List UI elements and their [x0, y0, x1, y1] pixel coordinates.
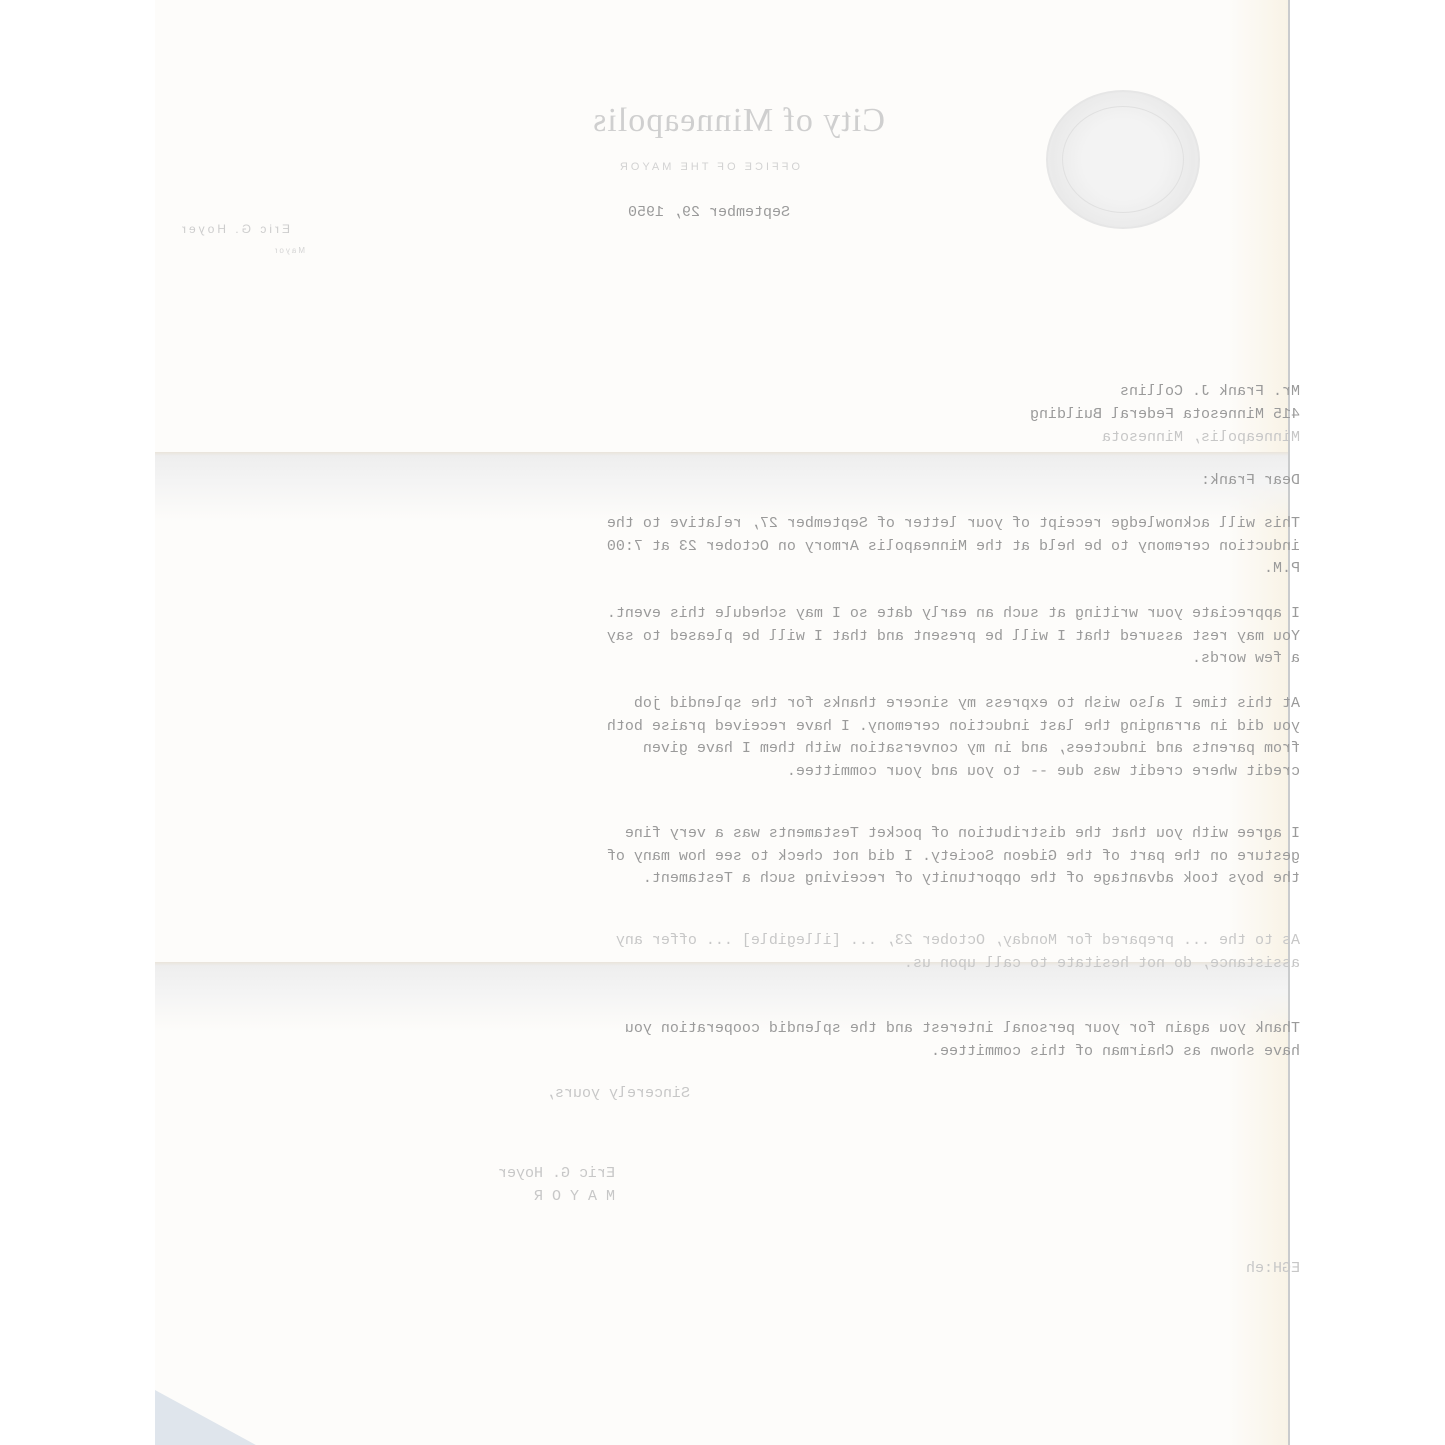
recipient-address: 415 Minnesota Federal Building — [1030, 404, 1300, 427]
city-seal-icon — [1046, 90, 1200, 229]
paragraph-6: Thank you again for your personal intere… — [600, 1018, 1300, 1063]
signature-name: Eric G. Hoyer — [498, 1163, 615, 1186]
paragraph-4: I agree with you that the distribution o… — [600, 823, 1300, 891]
paragraph-5: As to the ... prepared for Monday, Octob… — [600, 930, 1300, 975]
salutation: Dear Frank: — [1201, 470, 1300, 493]
paragraph-2: I appreciate your writing at such an ear… — [600, 603, 1300, 671]
paragraph-1: This will acknowledge receipt of your le… — [600, 513, 1300, 581]
letterhead-mayor-title: Mayor — [273, 240, 305, 263]
letterhead-title: City of Minneapolis — [592, 110, 885, 133]
closing: Sincerely yours, — [546, 1083, 690, 1106]
reference-initials: EGH:eh — [1246, 1258, 1300, 1281]
mirrored-text-layer: City of Minneapolis OFFICE OF THE MAYOR … — [0, 0, 1445, 1445]
recipient-city: Minneapolis, Minnesota — [1102, 427, 1300, 450]
letterhead-subtitle: OFFICE OF THE MAYOR — [617, 156, 800, 179]
letter-date: September 29, 1950 — [628, 202, 790, 225]
letterhead-mayor-name: Eric G. Hoyer — [179, 218, 290, 241]
paragraph-3: At this time I also wish to express my s… — [600, 693, 1300, 783]
recipient-name: Mr. Frank J. Collins — [1120, 381, 1300, 404]
signature-title: M A Y O R — [534, 1186, 615, 1209]
